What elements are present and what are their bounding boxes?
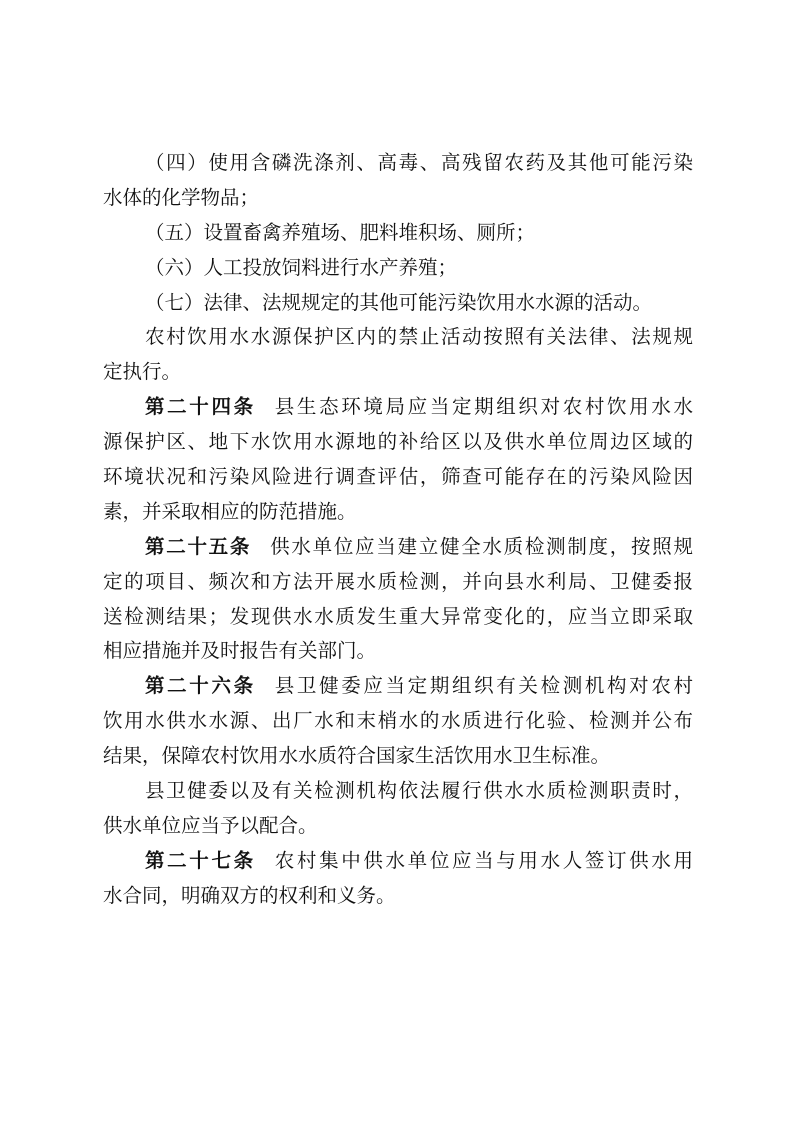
line-text: 水体的化学物品； — [103, 186, 259, 209]
article-first-line: 第二十四条县生态环境局应当定期组织对农村饮用水水 — [103, 390, 693, 425]
line-text: 供水单位应当建立健全水质检测制度，按照规 — [270, 535, 693, 558]
document-body: （四）使用含磷洗涤剂、高毒、高残留农药及其他可能污染水体的化学物品；（五）设置畜… — [103, 146, 693, 914]
text-line: 饮用水供水水源、出厂水和末梢水的水质进行化验、检测并公布 — [103, 704, 693, 739]
text-line: 供水单位应当予以配合。 — [103, 809, 693, 844]
line-text: 水合同，明确双方的权利和义务。 — [103, 884, 396, 907]
line-text: 县卫健委应当定期组织有关检测机构对农村 — [275, 674, 693, 697]
article-number: 第二十五条 — [145, 535, 251, 558]
line-text: （六）人工投放饲料进行水产养殖； — [145, 256, 457, 279]
line-text: 饮用水供水水源、出厂水和末梢水的水质进行化验、检测并公布 — [103, 709, 693, 732]
text-line: 定执行。 — [103, 355, 693, 390]
text-line: （五）设置畜禽养殖场、肥料堆积场、厕所； — [103, 216, 693, 251]
article-number: 第二十六条 — [145, 674, 256, 697]
text-line: 农村饮用水水源保护区内的禁止活动按照有关法律、法规规 — [103, 320, 693, 355]
article-first-line: 第二十六条县卫健委应当定期组织有关检测机构对农村 — [103, 669, 693, 704]
text-line: （六）人工投放饲料进行水产养殖； — [103, 251, 693, 286]
line-text: 供水单位应当予以配合。 — [103, 814, 318, 837]
text-line: 定的项目、频次和方法开展水质检测，并向县水利局、卫健委报 — [103, 565, 693, 600]
line-text: 县卫健委以及有关检测机构依法履行供水水质检测职责时， — [145, 779, 693, 802]
text-line: 结果，保障农村饮用水水质符合国家生活饮用水卫生标准。 — [103, 739, 693, 774]
text-line: 相应措施并及时报告有关部门。 — [103, 634, 693, 669]
text-line: 素，并采取相应的防范措施。 — [103, 495, 693, 530]
text-line: 水体的化学物品； — [103, 181, 693, 216]
article-first-line: 第二十七条农村集中供水单位应当与用水人签订供水用 — [103, 844, 693, 879]
line-text: （五）设置畜禽养殖场、肥料堆积场、厕所； — [145, 221, 535, 244]
line-text: 定执行。 — [103, 360, 181, 383]
article-first-line: 第二十五条供水单位应当建立健全水质检测制度，按照规 — [103, 530, 693, 565]
document-page: （四）使用含磷洗涤剂、高毒、高残留农药及其他可能污染水体的化学物品；（五）设置畜… — [0, 0, 793, 1122]
text-line: 送检测结果；发现供水水质发生重大异常变化的，应当立即采取 — [103, 600, 693, 635]
line-text: 农村饮用水水源保护区内的禁止活动按照有关法律、法规规 — [145, 325, 693, 348]
article-number: 第二十七条 — [145, 849, 256, 872]
line-text: 环境状况和污染风险进行调查评估，筛查可能存在的污染风险因 — [103, 465, 693, 488]
text-line: （四）使用含磷洗涤剂、高毒、高残留农药及其他可能污染 — [103, 146, 693, 181]
line-text: 素，并采取相应的防范措施。 — [103, 500, 357, 523]
line-text: 送检测结果；发现供水水质发生重大异常变化的，应当立即采取 — [103, 605, 693, 628]
line-text: 结果，保障农村饮用水水质符合国家生活饮用水卫生标准。 — [103, 744, 610, 767]
text-line: 环境状况和污染风险进行调查评估，筛查可能存在的污染风险因 — [103, 460, 693, 495]
line-text: 县生态环境局应当定期组织对农村饮用水水 — [275, 395, 693, 418]
line-text: 农村集中供水单位应当与用水人签订供水用 — [275, 849, 693, 872]
article-number: 第二十四条 — [145, 395, 256, 418]
line-text: 相应措施并及时报告有关部门。 — [103, 639, 376, 662]
line-text: （四）使用含磷洗涤剂、高毒、高残留农药及其他可能污染 — [145, 151, 693, 174]
line-text: 源保护区、地下水饮用水源地的补给区以及供水单位周边区域的 — [103, 430, 693, 453]
line-text: （七）法律、法规规定的其他可能污染饮用水水源的活动。 — [145, 291, 652, 314]
line-text: 定的项目、频次和方法开展水质检测，并向县水利局、卫健委报 — [103, 570, 693, 593]
text-line: 源保护区、地下水饮用水源地的补给区以及供水单位周边区域的 — [103, 425, 693, 460]
text-line: 县卫健委以及有关检测机构依法履行供水水质检测职责时， — [103, 774, 693, 809]
text-line: 水合同，明确双方的权利和义务。 — [103, 879, 693, 914]
text-line: （七）法律、法规规定的其他可能污染饮用水水源的活动。 — [103, 286, 693, 321]
